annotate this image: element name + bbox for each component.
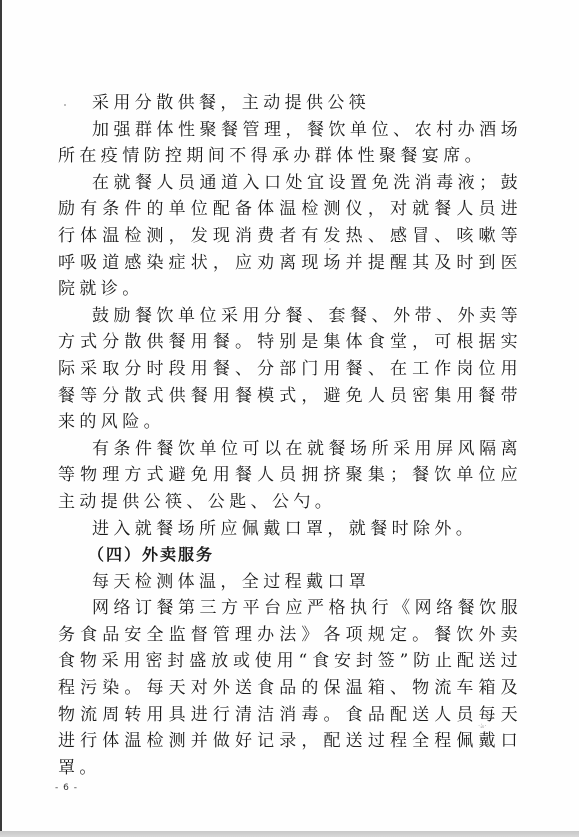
- subheading-dispersed-meals: 采用分散供餐，主动提供公筷: [58, 90, 522, 117]
- paragraph-separate-meals: 鼓励餐饮单位采用分餐、套餐、外带、外卖等方式分散供餐用餐。特别是集体食堂，可根据…: [58, 303, 522, 436]
- scan-speck: [64, 104, 66, 106]
- page-number: - 6 -: [55, 783, 78, 793]
- paragraph-group-dining: 加强群体性聚餐管理，餐饮单位、农村办酒场所在疫情防控期间不得承办群体性聚餐宴席。: [58, 117, 522, 170]
- scan-speck: [329, 248, 331, 250]
- paragraph-wear-masks: 进入就餐场所应佩戴口罩，就餐时除外。: [58, 516, 522, 543]
- scan-artifact: ·ঌ·: [478, 720, 487, 732]
- paragraph-online-ordering: 网络订餐第三方平台应严格执行《网络餐饮服务食品安全监督管理办法》各项规定。餐饮外…: [58, 595, 522, 781]
- paragraph-entrance-disinfection: 在就餐人员通道入口处宜设置免洗消毒液；鼓励有条件的单位配备体温检测仪，对就餐人员…: [58, 170, 522, 303]
- page-left-edge: [0, 0, 2, 831]
- section-heading-takeaway: （四）外卖服务: [58, 542, 522, 569]
- page-bottom-edge: [0, 831, 579, 837]
- paragraph-physical-isolation: 有条件餐饮单位可以在就餐场所采用屏风隔离等物理方式避免用餐人员拥挤聚集；餐饮单位…: [58, 436, 522, 516]
- document-body: 采用分散供餐，主动提供公筷 加强群体性聚餐管理，餐饮单位、农村办酒场所在疫情防控…: [58, 90, 522, 781]
- document-page: 采用分散供餐，主动提供公筷 加强群体性聚餐管理，餐饮单位、农村办酒场所在疫情防控…: [0, 0, 579, 831]
- subheading-temperature-check: 每天检测体温，全过程戴口罩: [58, 569, 522, 596]
